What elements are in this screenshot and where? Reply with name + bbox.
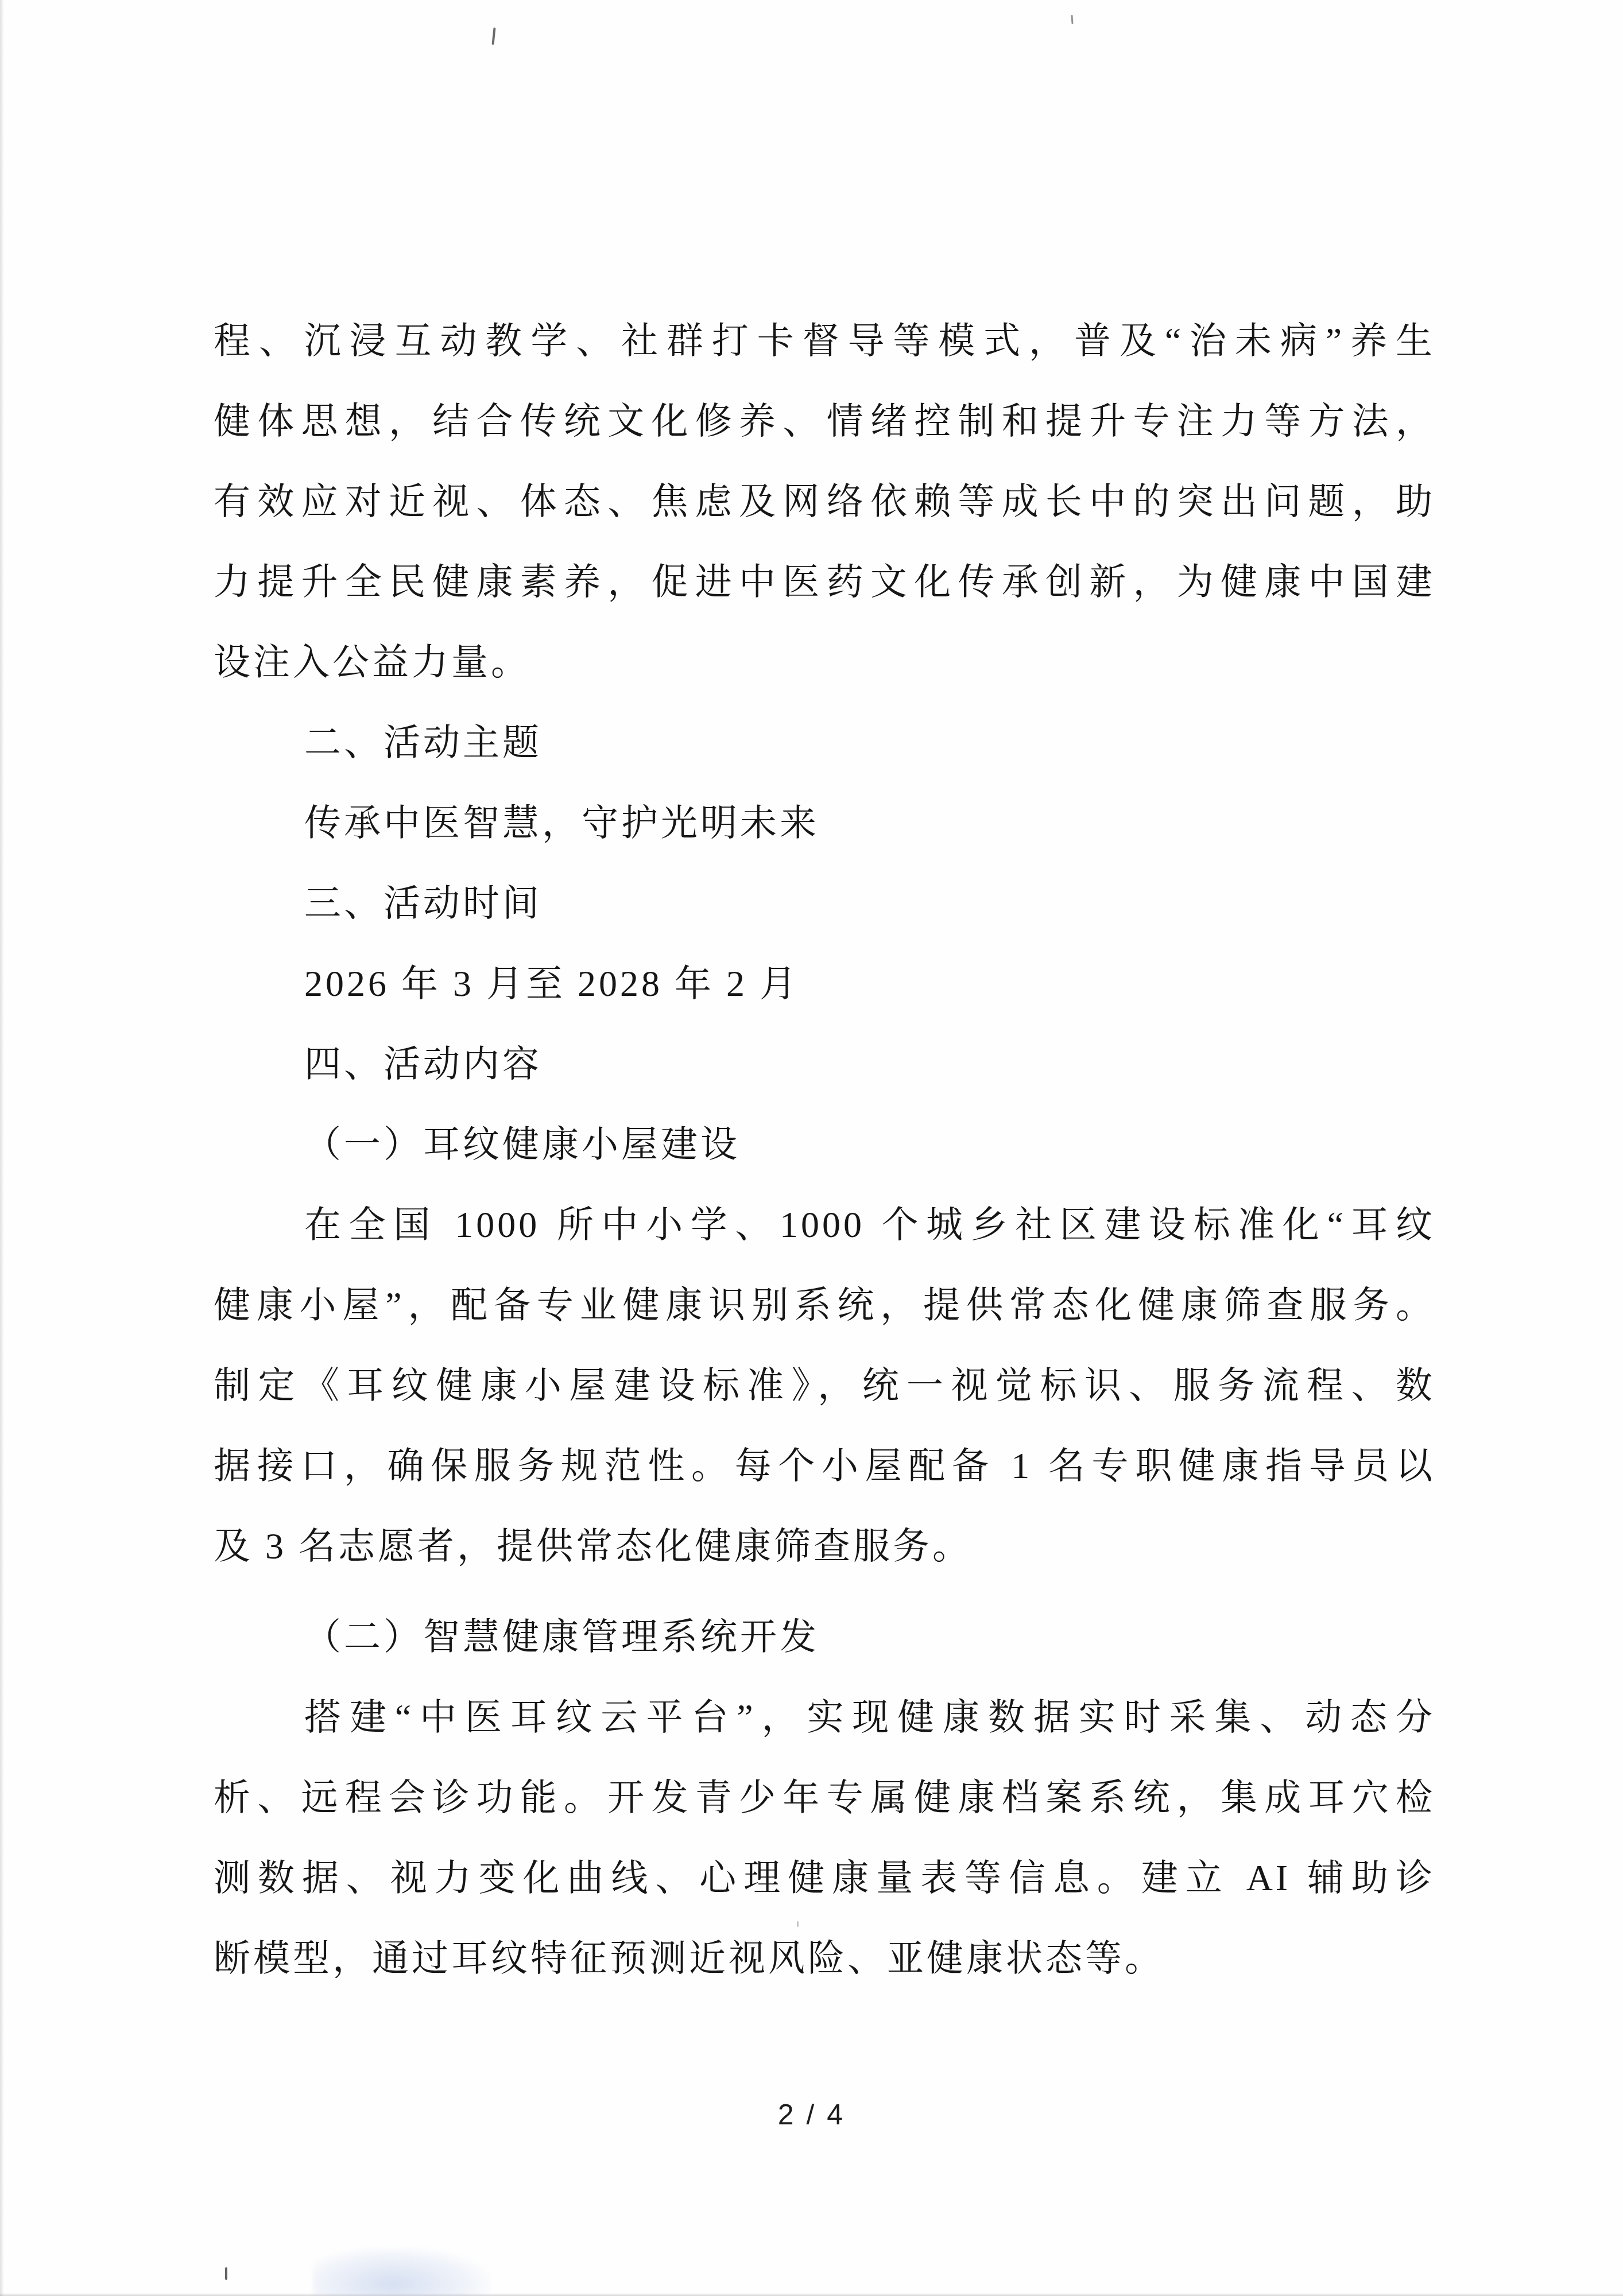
scan-smudge <box>313 2247 491 2296</box>
scan-speck <box>797 1921 799 1927</box>
heading-kai: （二）智慧健康管理系统开发 <box>214 1597 1435 1677</box>
body-line: 析、远程会诊功能。开发青少年专属健康档案系统，集成耳穴检 <box>214 1758 1435 1838</box>
paragraph: 程、沉浸互动教学、社群打卡督导等模式，普及“治未病”养生健体思想，结合传统文化修… <box>214 301 1435 703</box>
body-line: 测数据、视力变化曲线、心理健康量表等信息。建立 AI 辅助诊 <box>214 1838 1435 1918</box>
body-line: 传承中医智慧，守护光明未来 <box>214 783 1435 863</box>
scan-edge-bottom <box>0 2293 1623 2296</box>
body-line: 程、沉浸互动教学、社群打卡督导等模式，普及“治未病”养生 <box>214 301 1435 381</box>
body-line: 搭建“中医耳纹云平台”，实现健康数据实时采集、动态分 <box>214 1677 1435 1758</box>
paragraph: 搭建“中医耳纹云平台”，实现健康数据实时采集、动态分析、远程会诊功能。开发青少年… <box>214 1677 1435 1999</box>
body-line: 据接口，确保服务规范性。每个小屋配备 1 名专职健康指导员以 <box>214 1426 1435 1506</box>
subsection-heading: （二）智慧健康管理系统开发 <box>214 1597 1435 1677</box>
page-footer: 2 / 4 <box>0 2098 1623 2131</box>
section-heading: 二、活动主题 <box>214 703 1435 783</box>
scan-speck <box>225 2267 227 2280</box>
body-line: 设注入公益力量。 <box>214 622 1435 703</box>
body-line: 2026 年 3 月至 2028 年 2 月 <box>214 944 1435 1024</box>
body-line: 在全国 1000 所中小学、1000 个城乡社区建设标准化“耳纹 <box>214 1185 1435 1265</box>
scan-edge-left <box>0 0 4 2296</box>
paragraph: 在全国 1000 所中小学、1000 个城乡社区建设标准化“耳纹健康小屋”，配备… <box>214 1185 1435 1587</box>
document-body: 程、沉浸互动教学、社群打卡督导等模式，普及“治未病”养生健体思想，结合传统文化修… <box>214 301 1435 1999</box>
body-line: 断模型，通过耳纹特征预测近视风险、亚健康状态等。 <box>214 1918 1435 1999</box>
heading-kai: （一）耳纹健康小屋建设 <box>214 1104 1435 1185</box>
body-line: 及 3 名志愿者，提供常态化健康筛查服务。 <box>214 1506 1435 1587</box>
page-number: 2 / 4 <box>778 2099 845 2131</box>
scan-speck <box>1071 15 1073 24</box>
body-line: 健康小屋”，配备专业健康识别系统，提供常态化健康筛查服务。 <box>214 1265 1435 1345</box>
scan-speck <box>491 28 495 45</box>
section-heading: 四、活动内容 <box>214 1024 1435 1104</box>
subsection-heading: （一）耳纹健康小屋建设 <box>214 1104 1435 1185</box>
paragraph: 传承中医智慧，守护光明未来 <box>214 783 1435 863</box>
body-line: 健体思想，结合传统文化修养、情绪控制和提升专注力等方法， <box>214 381 1435 461</box>
heading-bold: 二、活动主题 <box>214 703 1435 783</box>
section-heading: 三、活动时间 <box>214 863 1435 944</box>
heading-bold: 三、活动时间 <box>214 863 1435 944</box>
body-line: 有效应对近视、体态、焦虑及网络依赖等成长中的突出问题，助 <box>214 461 1435 542</box>
document-page: 程、沉浸互动教学、社群打卡督导等模式，普及“治未病”养生健体思想，结合传统文化修… <box>0 0 1623 2296</box>
body-line: 制定《耳纹健康小屋建设标准》，统一视觉标识、服务流程、数 <box>214 1345 1435 1426</box>
paragraph: 2026 年 3 月至 2028 年 2 月 <box>214 944 1435 1024</box>
body-line: 力提升全民健康素养，促进中医药文化传承创新，为健康中国建 <box>214 542 1435 622</box>
heading-bold: 四、活动内容 <box>214 1024 1435 1104</box>
